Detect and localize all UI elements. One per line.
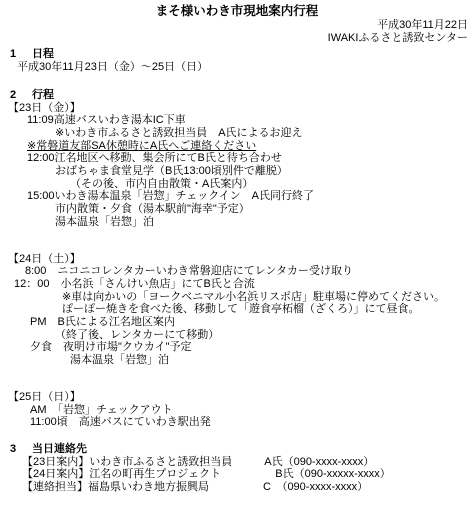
itinerary-line: 市内散策・夕食（湯本駅前"海幸"予定） <box>0 203 474 216</box>
schedule-dates: 平成30年11月23日（金）～25日（日） <box>0 61 474 74</box>
contact-organization: 福島県いわき地方振興局 <box>88 481 263 494</box>
itinerary-line: PM B氏による江名地区案内 <box>0 316 474 329</box>
itinerary-line: ※常磐道友部SA休憩時にA氏へご連絡ください <box>0 140 474 153</box>
contact-row: 【23日案内】いわき市ふるさと誘致担当員A氏（090-xxxx-xxxx） <box>0 456 474 469</box>
contact-person-phone: B氏（090-xxxxx-xxxx） <box>264 468 391 481</box>
itinerary-line: 夕食 夜明け市場"クウカイ"予定 <box>0 341 474 354</box>
contact-label: 【24日案内】 <box>22 468 89 481</box>
section-title-schedule: 日程 <box>32 48 54 60</box>
itinerary-line: 湯本温泉「岩惣」泊 <box>0 354 474 367</box>
contact-row: 【連絡担当】福島県いわき地方振興局C （090-xxxx-xxxx） <box>0 481 474 494</box>
itinerary-line: 湯本温泉「岩惣」泊 <box>0 216 474 229</box>
itinerary-line: 12：00 小名浜「さんけい魚店」にてB氏と合流 <box>0 278 474 291</box>
itinerary-day: 【23日（金）】11:09高速バスいわき湯本IC下車※いわき市ふるさと誘致担当員… <box>0 102 474 229</box>
contact-label: 【連絡担当】 <box>22 481 88 494</box>
contact-organization: 江名の町再生プロジェクト <box>89 468 264 481</box>
section-number-itinerary: 2 <box>10 89 32 102</box>
itinerary-line: AM 「岩惣」チェックアウト <box>0 404 474 417</box>
itinerary-day: 【24日（土）】8:00 ニコニコレンタカーいわき常磐迎店にてレンタカー受け取り… <box>0 253 474 367</box>
document-date: 平成30年11月22日 <box>0 19 474 32</box>
section-title-contacts: 当日連絡先 <box>32 443 87 455</box>
itinerary-line: ※車は向かいの「ヨークベニマル小名浜リスポ店」駐車場に停めてください。 <box>0 291 474 304</box>
section-title-itinerary: 行程 <box>32 89 54 101</box>
itinerary-line: 11:09高速バスいわき湯本IC下車 <box>0 114 474 127</box>
itinerary-line: 11:00頃 高速バスにていわき駅出発 <box>0 416 474 429</box>
contact-person-phone: C （090-xxxx-xxxx） <box>263 481 368 494</box>
itinerary-day-label: 【24日（土）】 <box>0 253 474 266</box>
section-heading-itinerary: 2行程 <box>0 89 474 102</box>
section-heading-contacts: 3当日連絡先 <box>0 443 474 456</box>
itinerary-line: （その後、市内自由散策・A氏案内） <box>0 178 474 191</box>
itinerary-line: おばちゃま食堂見学（B氏13:00頃別件で離脱） <box>0 165 474 178</box>
itinerary-line: ぽーぽー焼きを食べた後、移動して「遊食亭柘榴（ざくろ）」にて昼食。 <box>0 303 474 316</box>
itinerary-line: （終了後、レンタカーにて移動） <box>0 329 474 342</box>
itinerary-line: ※いわき市ふるさと誘致担当員 A氏によるお迎え <box>0 127 474 140</box>
itinerary-line: 15:00いわき湯本温泉「岩惣」チェックイン A氏同行終了 <box>0 190 474 203</box>
document-organization: IWAKIふるさと誘致センター <box>0 32 474 45</box>
contact-row: 【24日案内】江名の町再生プロジェクト B氏（090-xxxxx-xxxx） <box>0 468 474 481</box>
itinerary-line: 12:00江名地区へ移動、集会所にてB氏と待ち合わせ <box>0 152 474 165</box>
contacts: 【23日案内】いわき市ふるさと誘致担当員A氏（090-xxxx-xxxx）【24… <box>0 456 474 494</box>
itinerary: 【23日（金）】11:09高速バスいわき湯本IC下車※いわき市ふるさと誘致担当員… <box>0 102 474 429</box>
itinerary-day-label: 【23日（金）】 <box>0 102 474 115</box>
section-heading-schedule: 1日程 <box>0 48 474 61</box>
document-page: まそ様いわき市現地案内行程 平成30年11月22日 IWAKIふるさと誘致センタ… <box>0 0 474 507</box>
itinerary-line: 8:00 ニコニコレンタカーいわき常磐迎店にてレンタカー受け取り <box>0 265 474 278</box>
itinerary-day: 【25日（日）】AM 「岩惣」チェックアウト11:00頃 高速バスにていわき駅出… <box>0 391 474 429</box>
contact-person-phone: A氏（090-xxxx-xxxx） <box>264 456 374 469</box>
document-title: まそ様いわき市現地案内行程 <box>0 4 474 18</box>
section-number-schedule: 1 <box>10 48 32 61</box>
contact-label: 【23日案内】 <box>22 456 89 469</box>
section-number-contacts: 3 <box>10 443 32 456</box>
itinerary-day-label: 【25日（日）】 <box>0 391 474 404</box>
contact-organization: いわき市ふるさと誘致担当員 <box>89 456 264 469</box>
